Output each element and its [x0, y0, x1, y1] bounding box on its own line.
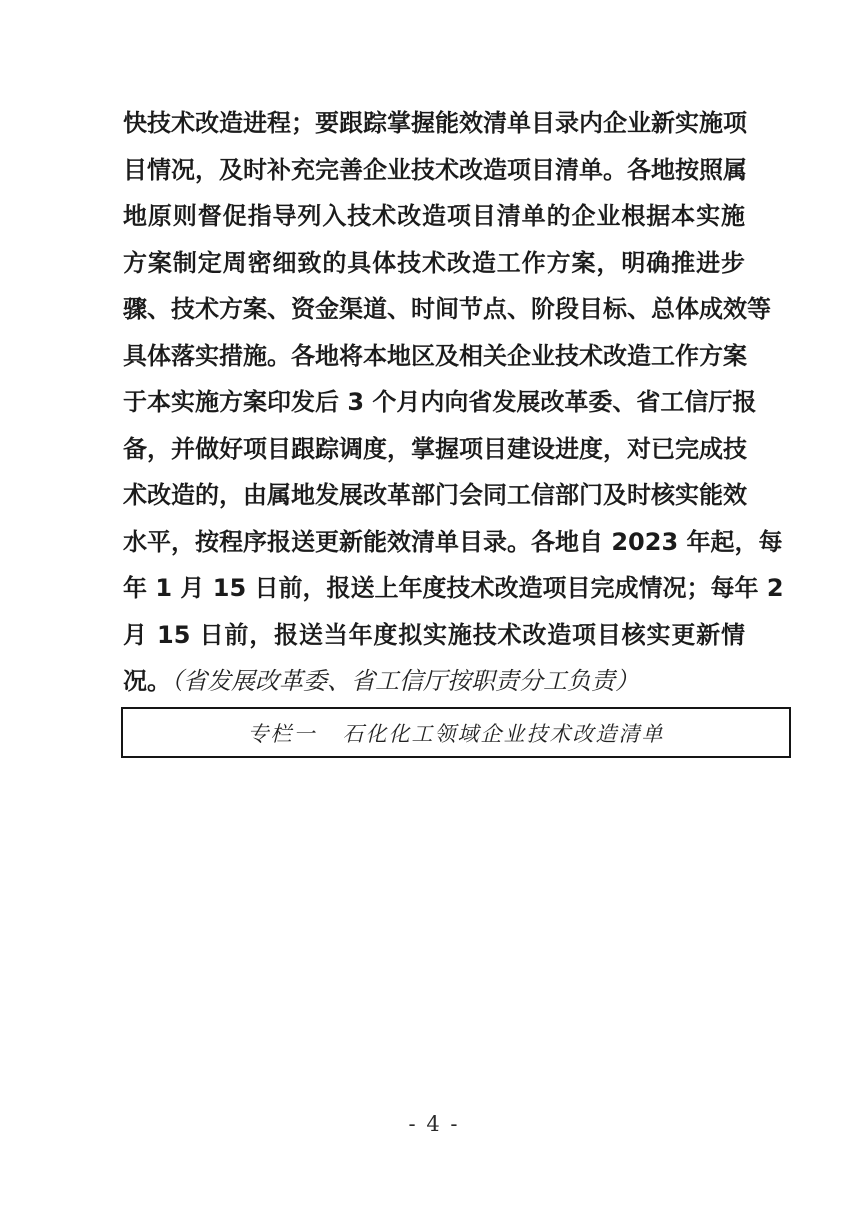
callout-box-title: 石化化工领域企业技术改造清单 [343, 718, 665, 748]
text-line: 年 1 月 15 日前，报送上年度技术改造项目完成情况；每年 2 [123, 565, 745, 612]
responsibility-note: （省发展改革委、省工信厅按职责分工负责） [171, 667, 639, 695]
text-line: 术改造的，由属地发展改革部门会同工信部门及时核实能效 [123, 472, 745, 519]
text-line: 地原则督促指导列入技术改造项目清单的企业根据本实施 [123, 193, 745, 240]
text-line: 况。（省发展改革委、省工信厅按职责分工负责） [123, 658, 745, 705]
text-line: 备，并做好项目跟踪调度，掌握项目建设进度，对已完成技 [123, 426, 745, 473]
text-line: 快技术改造进程；要跟踪掌握能效清单目录内企业新实施项 [123, 100, 745, 147]
paragraph: 快技术改造进程；要跟踪掌握能效清单目录内企业新实施项 目情况，及时补充完善企业技… [123, 100, 745, 705]
document-page: 快技术改造进程；要跟踪掌握能效清单目录内企业新实施项 目情况，及时补充完善企业技… [0, 0, 868, 1227]
callout-box-label: 专栏一 [248, 718, 317, 748]
text-line: 具体落实措施。各地将本地区及相关企业技术改造工作方案 [123, 333, 745, 380]
text-line: 月 15 日前，报送当年度拟实施技术改造项目核实更新情 [123, 612, 745, 659]
text-line-prefix: 况。 [123, 667, 171, 695]
callout-box: 专栏一 石化化工领域企业技术改造清单 [121, 707, 791, 758]
text-line: 水平，按程序报送更新能效清单目录。各地自 2023 年起，每 [123, 519, 745, 566]
text-line: 骤、技术方案、资金渠道、时间节点、阶段目标、总体成效等 [123, 286, 745, 333]
text-line: 于本实施方案印发后 3 个月内向省发展改革委、省工信厅报 [123, 379, 745, 426]
page-number: - 4 - [0, 1112, 868, 1136]
text-line: 目情况，及时补充完善企业技术改造项目清单。各地按照属 [123, 147, 745, 194]
text-line: 方案制定周密细致的具体技术改造工作方案，明确推进步 [123, 240, 745, 287]
